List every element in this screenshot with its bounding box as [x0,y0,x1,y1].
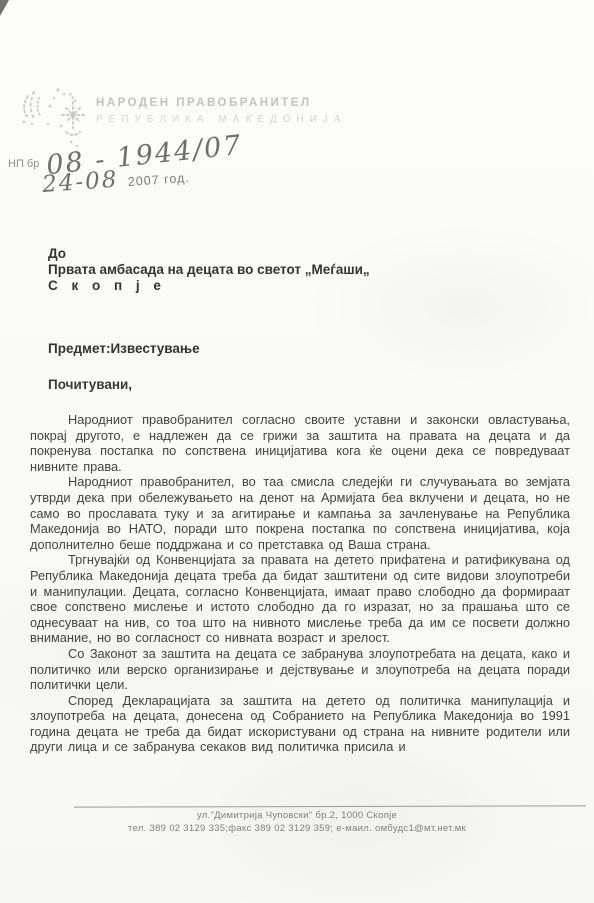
paragraph-declaration-1991: Според Декларацијата за заштита на детет… [30,693,570,755]
footer-divider [74,805,586,807]
paragraph-convention-rights: Тргнувајќи од Конвенцијата за правата на… [30,552,570,646]
footer-address: ул."Димитрија Чуповски" бр.2, 1000 Скопј… [0,810,594,823]
letterhead-org-name: НАРОДЕН ПРАВОБРАНИТЕЛ [96,97,347,109]
letterhead-org-subtitle: РЕПУБЛИКА МАКЕДОНИЈА [96,114,347,125]
paragraph-child-protection-law: Со Законот за заштита на децата се забра… [30,646,570,693]
scan-corner-artifact [0,0,9,16]
reference-year-suffix: 2007 год. [127,171,190,189]
paragraph-authority: Народниот правобранител согласно своите … [30,412,570,474]
paragraph-army-day-case: Народниот правобранител, во таа смисла с… [30,474,570,552]
reference-label: НП бр [8,158,39,170]
reference-block: НП бр 08 - 1944/07 24-08 2007 год. [8,140,288,191]
footer: ул."Димитрија Чуповски" бр.2, 1000 Скопј… [0,806,594,835]
recipient-city: С к о п ј е [48,278,370,294]
recipient-to-label: До [48,246,370,262]
recipient-name: Првата амбасада на децата во светот „Меѓ… [48,262,370,278]
salutation: Почитувани, [48,377,132,392]
subject-line: Предмет:Известување [48,341,200,356]
recipient-block: До Првата амбасада на децата во светот „… [48,246,370,294]
scanned-letter-page: НАРОДЕН ПРАВОБРАНИТЕЛ РЕПУБЛИКА МАКЕДОНИ… [0,0,594,903]
letter-body: Народниот правобранител согласно своите … [30,412,570,755]
letterhead: НАРОДЕН ПРАВОБРАНИТЕЛ РЕПУБЛИКА МАКЕДОНИ… [96,97,347,125]
footer-contacts: тел. 389 02 3129 335;факс 389 02 3129 35… [0,823,594,836]
reference-date: 24-08 [41,167,119,198]
